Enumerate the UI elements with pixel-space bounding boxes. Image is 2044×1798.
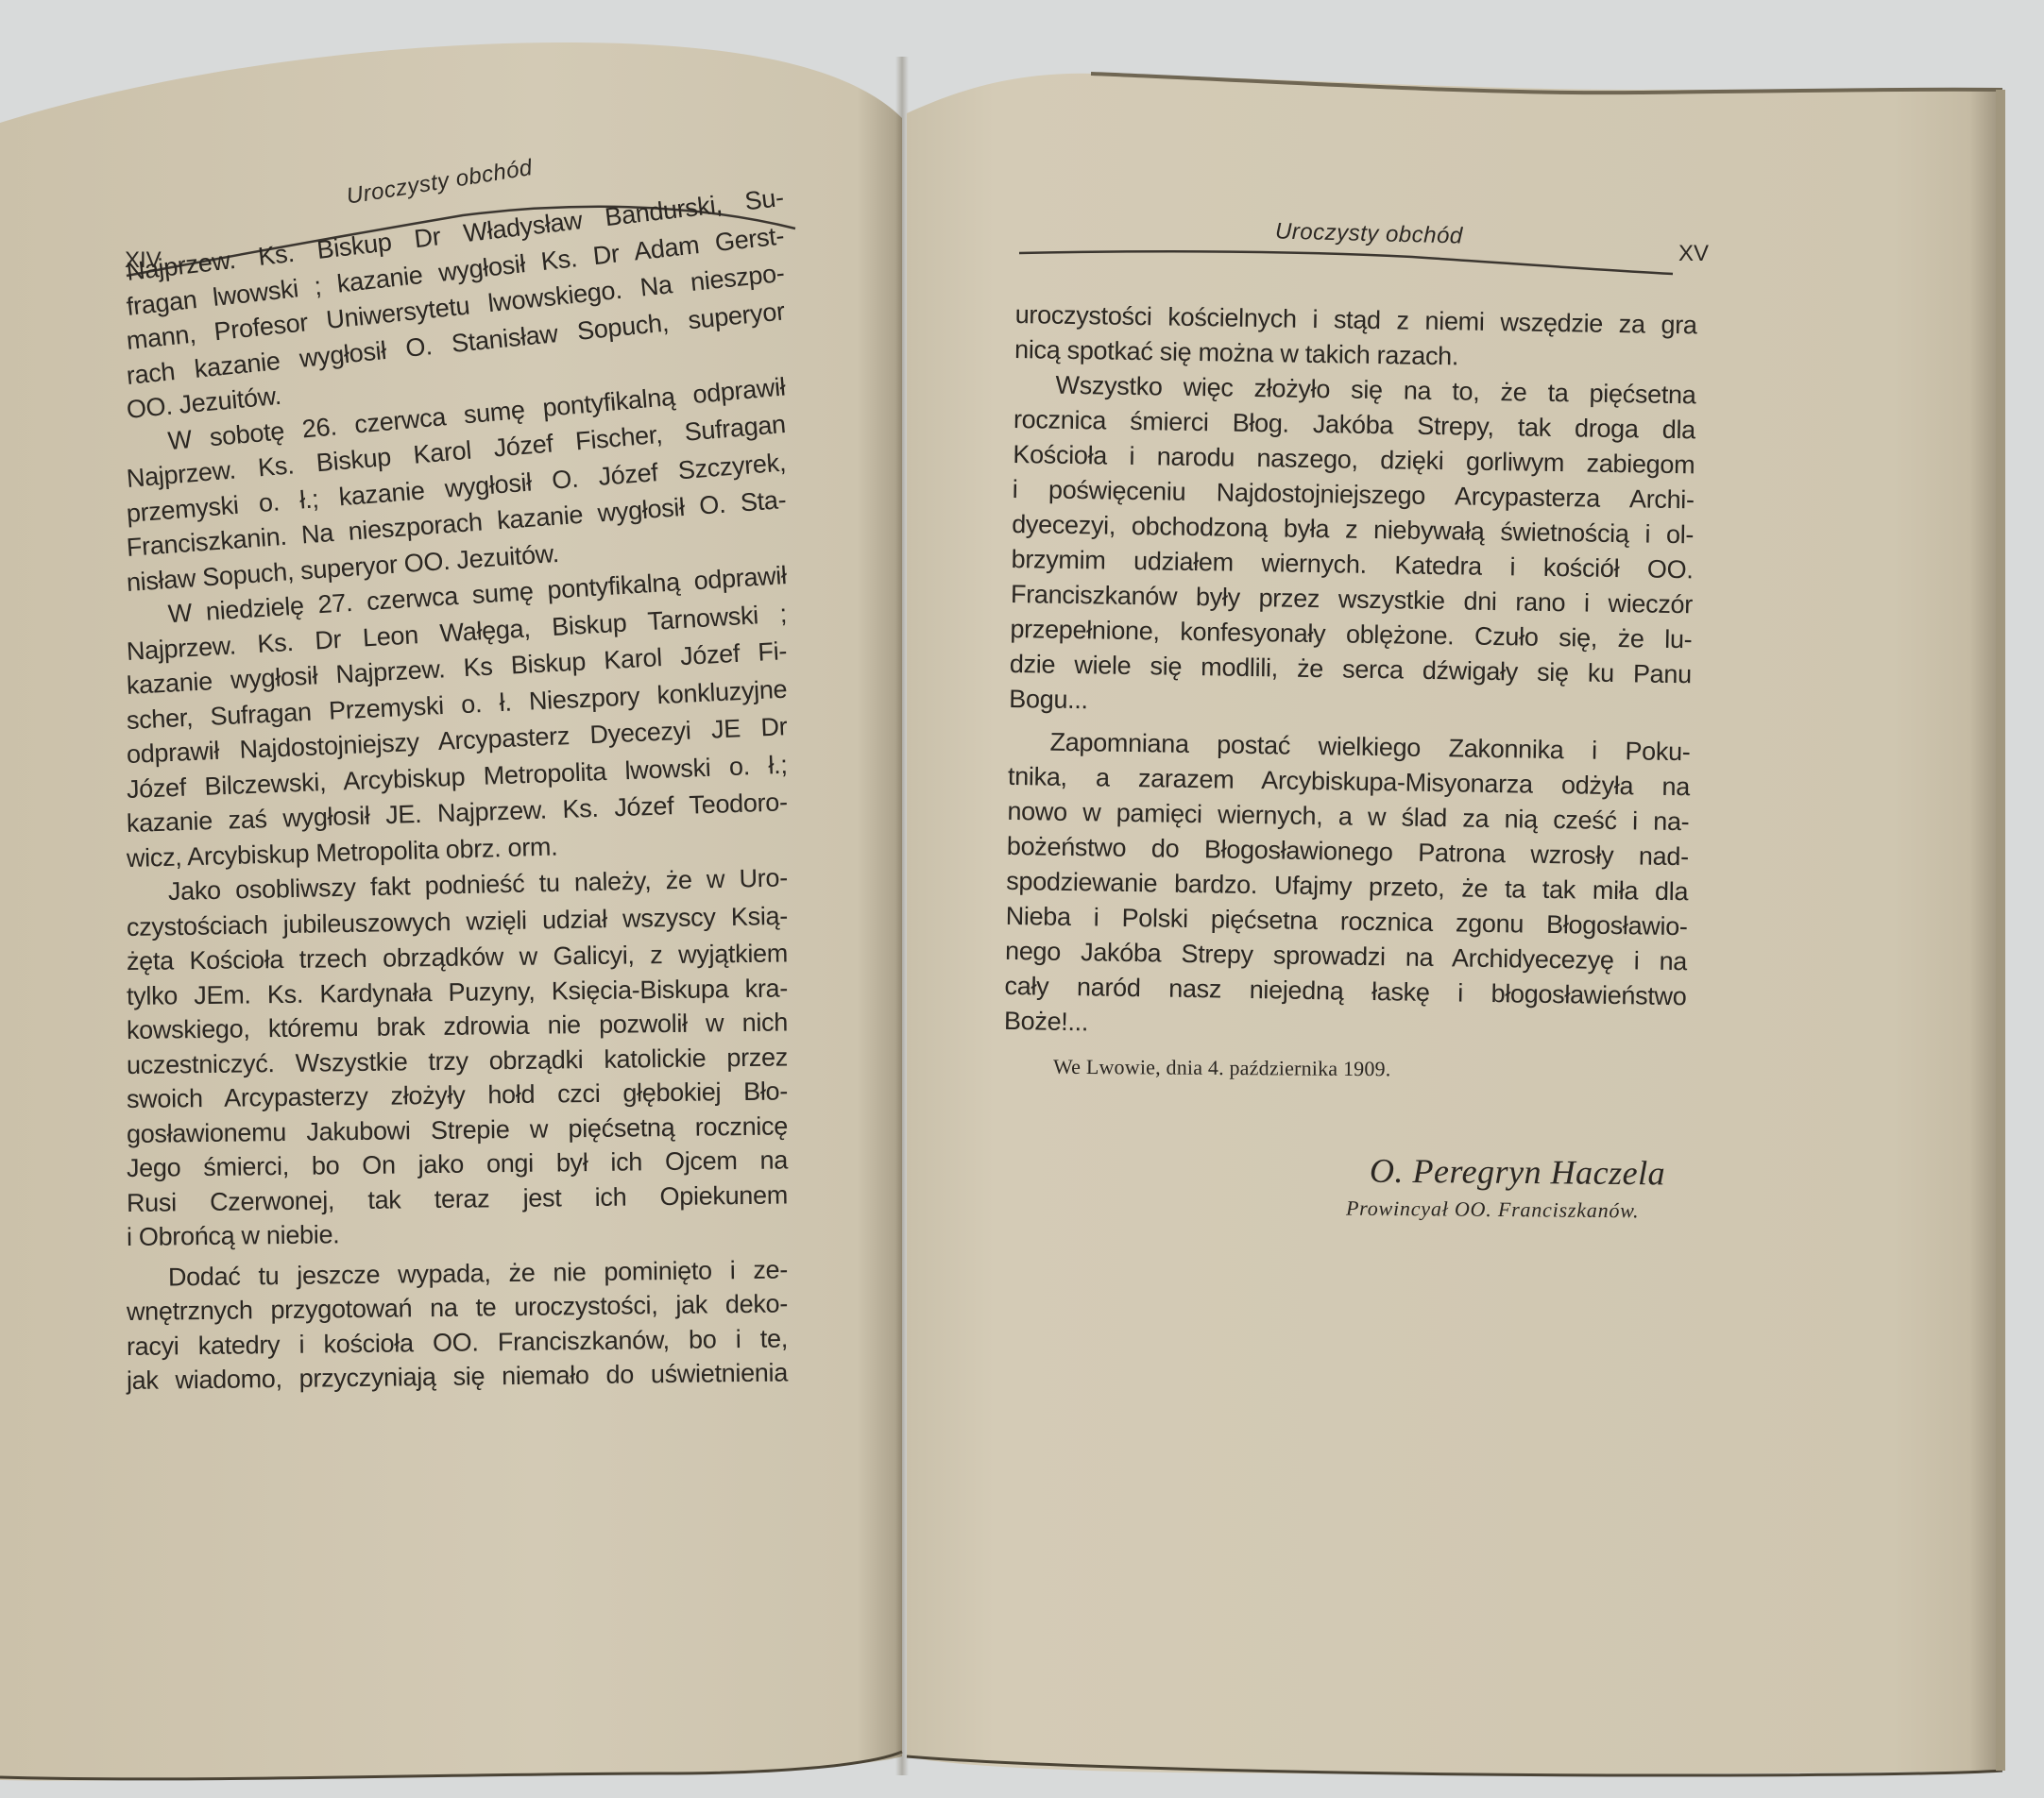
signature-name: O. Peregryn Haczela [1370,1151,1665,1194]
text-line: jak wiadomo, przyczyniają się niemało do… [127,1355,788,1398]
page-number: XV [1678,241,1709,267]
left-page-body: Najprzew. Ks. Biskup Dr Władysław Bandur… [127,255,788,1399]
left-page: Uroczysty obchód XIV Najprzew. Ks. Bisku… [0,0,907,1798]
text-line: i Obrońcą w niebie. [127,1212,788,1254]
signature-title: Prowincyał OO. Franciszkanów. [1346,1196,1640,1224]
header-rule [1015,246,1677,283]
right-page-body: uroczystości kościelnych i stąd z niemi … [1004,297,1697,1049]
dateline: We Lwowie, dnia 4. października 1909. [1053,1055,1391,1081]
